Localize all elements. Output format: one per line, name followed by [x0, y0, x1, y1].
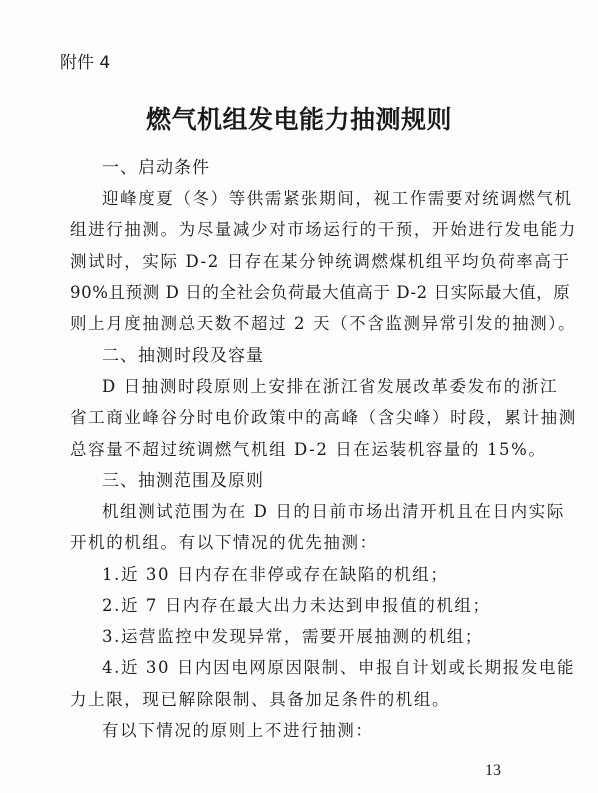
- paragraph-line: 机组测试范围为在 D 日的日前市场出清开机且在日内实际: [102, 502, 520, 522]
- section-heading-2: 二、抽测时段及容量: [102, 346, 520, 366]
- paragraph-line: 组进行抽测。为尽量减少对市场运行的干预，开始进行发电能力: [70, 220, 520, 240]
- paragraph-line: 总容量不超过统调燃气机组 D-2 日在运装机容量的 15%。: [70, 440, 520, 460]
- list-item-4: 4.近 30 日内因电网原因限制、申报自计划或长期报发电能: [102, 658, 520, 678]
- paragraph-line: 则上月度抽测总天数不超过 2 天（不含监测异常引发的抽测）。: [70, 314, 520, 334]
- paragraph-line: 迎峰度夏（冬）等供需紧张期间，视工作需要对统调燃气机: [102, 189, 520, 209]
- paragraph-line: 90%且预测 D 日的全社会负荷最大值高于 D-2 日实际最大值，原: [70, 283, 520, 303]
- paragraph-line: 力上限，现已解除限制、具备加足条件的机组。: [70, 690, 520, 710]
- section-heading-1: 一、启动条件: [102, 158, 520, 178]
- paragraph-line: 有以下情况的原则上不进行抽测：: [102, 721, 520, 741]
- paragraph-line: 测试时，实际 D-2 日存在某分钟统调燃煤机组平均负荷率高于: [70, 252, 520, 272]
- list-item-1: 1.近 30 日内存在非停或存在缺陷的机组；: [102, 565, 520, 585]
- list-item-3: 3.运营监控中发现异常，需要开展抽测的机组；: [102, 627, 520, 647]
- section-heading-3: 三、抽测范围及原则: [102, 471, 520, 491]
- document-page: 附件 4 燃气机组发电能力抽测规则 一、启动条件 迎峰度夏（冬）等供需紧张期间，…: [0, 0, 598, 793]
- paragraph-line: D 日抽测时段原则上安排在浙江省发展改革委发布的浙江: [102, 377, 520, 397]
- document-title: 燃气机组发电能力抽测规则: [0, 100, 598, 136]
- paragraph-line: 开机的机组。有以下情况的优先抽测：: [70, 533, 520, 553]
- page-number: 13: [485, 762, 501, 780]
- attachment-label: 附件 4: [60, 48, 110, 73]
- list-item-2: 2.近 7 日内存在最大出力未达到申报值的机组；: [102, 596, 520, 616]
- paragraph-line: 省工商业峰谷分时电价政策中的高峰（含尖峰）时段，累计抽测: [70, 408, 520, 428]
